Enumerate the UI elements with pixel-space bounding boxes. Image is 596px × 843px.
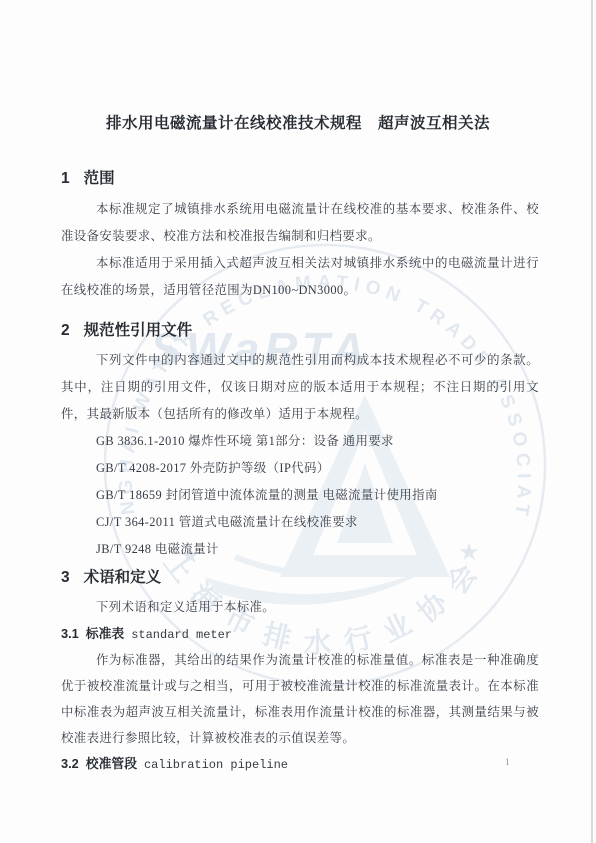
section-heading: 3 术语和定义 xyxy=(61,565,539,587)
term-name-en: standard meter xyxy=(131,626,232,645)
section-number: 2 xyxy=(61,322,70,340)
paragraph: 下列术语和定义适用于本标准。 xyxy=(61,594,539,621)
term-standard-meter: 3.1 标准表 standard meter 作为标准器，其给出的结果作为流量计… xyxy=(61,624,539,751)
reference-item: CJ/T 364-2011 管道式电磁流量计在线校准要求 xyxy=(96,509,539,536)
section-heading: 1 范围 xyxy=(61,166,539,188)
term-number: 3.2 xyxy=(61,754,79,773)
term-name-zh: 标准表 xyxy=(86,624,124,643)
section-heading-label: 范围 xyxy=(84,166,115,188)
section-number: 3 xyxy=(61,569,70,587)
term-heading: 3.1 标准表 standard meter xyxy=(61,624,539,645)
term-name-en: calibration pipeline xyxy=(144,756,288,775)
document-title: 排水用电磁流量计在线校准技术规程 超声波互相关法 xyxy=(0,111,596,133)
paragraph: 下列文件中的内容通过文中的规范性引用而构成本技术规程必不可少的条款。其中，注日期… xyxy=(61,347,539,428)
term-definition: 作为标准器，其给出的结果作为流量计校准的标准量值。标准表是一种准确度优于被校准流… xyxy=(61,647,539,751)
document-page: SHANGHAI WATER RECLAMATION TRADE ASSOCIA… xyxy=(0,0,596,843)
term-name-zh: 校准管段 xyxy=(86,754,137,773)
section-scope: 1 范围 本标准规定了城镇排水系统用电磁流量计在线校准的基本要求、校准条件、校准… xyxy=(61,166,539,304)
section-normative-references: 2 规范性引用文件 下列文件中的内容通过文中的规范性引用而构成本技术规程必不可少… xyxy=(61,318,539,563)
term-number: 3.1 xyxy=(61,624,79,643)
reference-list: GB 3836.1-2010 爆炸性环境 第1部分：设备 通用要求 GB/T 4… xyxy=(61,428,539,563)
section-number: 1 xyxy=(61,170,70,188)
page-number: 1 xyxy=(505,757,510,767)
reference-item: GB/T 4208-2017 外壳防护等级（IP代码） xyxy=(96,455,539,482)
paragraph: 本标准规定了城镇排水系统用电磁流量计在线校准的基本要求、校准条件、校准设备安装要… xyxy=(61,196,539,250)
section-heading: 2 规范性引用文件 xyxy=(61,318,539,340)
reference-item: GB/T 18659 封闭管道中流体流量的测量 电磁流量计使用指南 xyxy=(96,482,539,509)
reference-item: JB/T 9248 电磁流量计 xyxy=(96,536,539,563)
reference-item: GB 3836.1-2010 爆炸性环境 第1部分：设备 通用要求 xyxy=(96,428,539,455)
term-calibration-pipeline: 3.2 校准管段 calibration pipeline xyxy=(61,754,539,775)
term-heading: 3.2 校准管段 calibration pipeline xyxy=(61,754,539,775)
section-heading-label: 规范性引用文件 xyxy=(84,318,193,340)
page-edge-line xyxy=(591,0,593,843)
paragraph: 本标准适用于采用插入式超声波互相关法对城镇排水系统中的电磁流量计进行在线校准的场… xyxy=(61,250,539,304)
section-terms-definitions: 3 术语和定义 下列术语和定义适用于本标准。 3.1 标准表 standard … xyxy=(61,565,539,775)
section-heading-label: 术语和定义 xyxy=(84,565,162,587)
